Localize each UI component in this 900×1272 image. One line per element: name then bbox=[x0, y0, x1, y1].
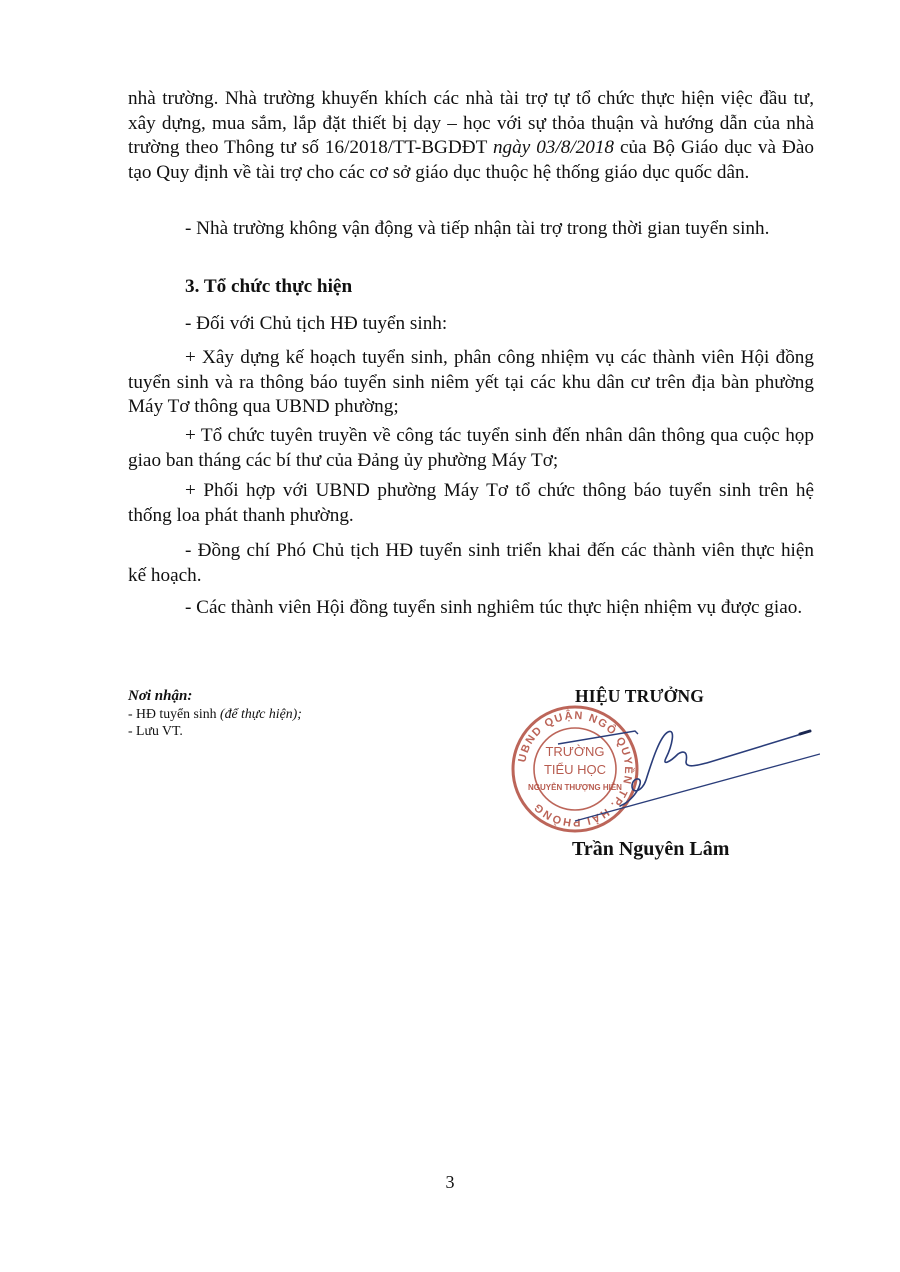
section-heading: 3. Tổ chức thực hiện bbox=[128, 275, 814, 300]
page-number: 3 bbox=[0, 1172, 900, 1193]
signature-block: HIỆU TRƯỞNG UBND QUẬN NGÔ QUYỀN TP. HẢI … bbox=[520, 686, 810, 866]
paragraph-task-loudspeaker: + Phối hợp với UBND phường Máy Tơ tổ chứ… bbox=[128, 479, 814, 528]
paragraph-task-plan: + Xây dựng kế hoạch tuyển sinh, phân côn… bbox=[128, 346, 814, 420]
recipient-item: - Lưu VT. bbox=[128, 722, 302, 739]
paragraph-sponsorship: nhà trường. Nhà trường khuyến khích các … bbox=[128, 87, 814, 185]
recipients-title: Nơi nhận: bbox=[128, 688, 302, 705]
paragraph-members: - Các thành viên Hội đồng tuyển sinh ngh… bbox=[128, 596, 814, 621]
document-page: nhà trường. Nhà trường khuyến khích các … bbox=[0, 0, 900, 1272]
recipient-item: - HĐ tuyển sinh (để thực hiện); bbox=[128, 705, 302, 722]
handwritten-signature-icon bbox=[520, 706, 820, 836]
signer-name: Trần Nguyên Lâm bbox=[572, 838, 729, 861]
paragraph-task-propaganda: + Tổ chức tuyên truyền về công tác tuyển… bbox=[128, 424, 814, 473]
paragraph-no-sponsorship: - Nhà trường không vận động và tiếp nhận… bbox=[128, 217, 814, 242]
paragraph-vice-chairman: - Đồng chí Phó Chủ tịch HĐ tuyển sinh tr… bbox=[128, 539, 814, 588]
paragraph-chairman: - Đối với Chủ tịch HĐ tuyển sinh: bbox=[128, 312, 814, 337]
date-italic: ngày 03/8/2018 bbox=[493, 137, 614, 158]
recipients-block: Nơi nhận: - HĐ tuyển sinh (để thực hiện)… bbox=[128, 688, 302, 739]
